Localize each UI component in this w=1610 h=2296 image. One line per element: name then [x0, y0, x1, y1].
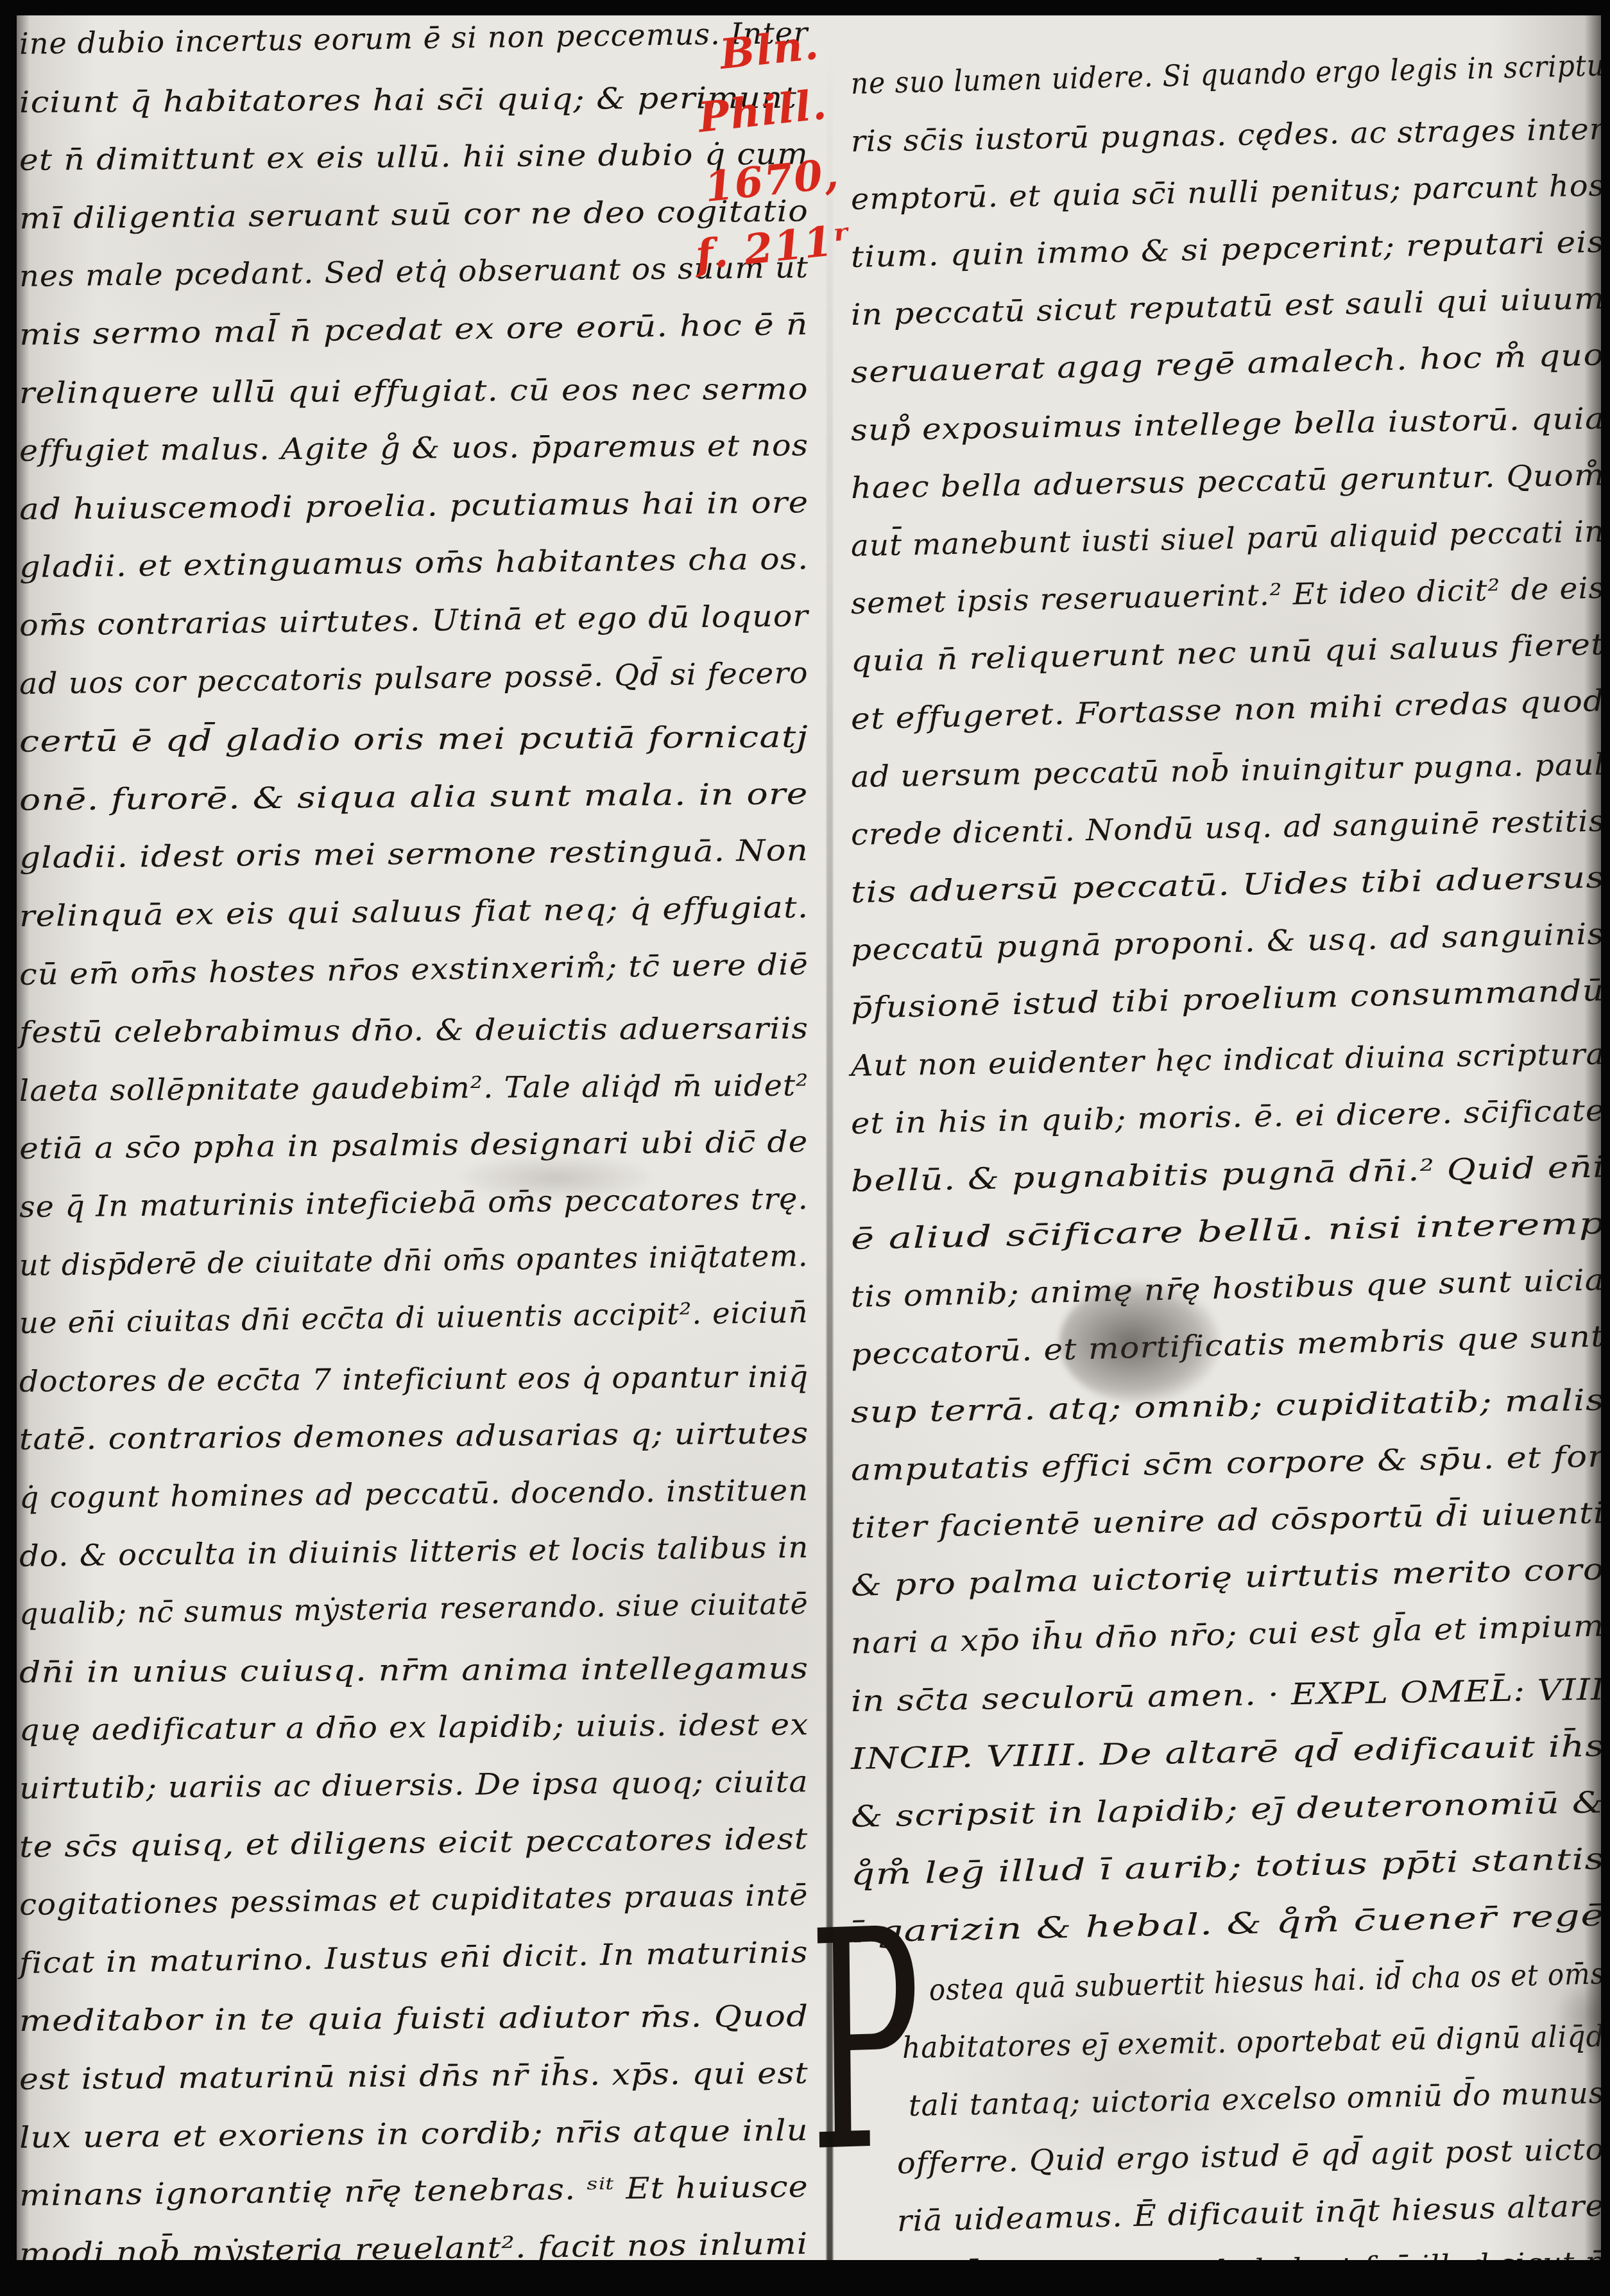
text-line: gladii. idest oris mei sermone restinguā… [19, 833, 809, 877]
text-line: mī diligentia seruant suū cor ne deo cog… [19, 193, 809, 237]
text-line: etiā a sc̄o ppha in psalmis designari ub… [19, 1124, 809, 1168]
text-line: aut̄ manebunt iusti siuel parū aliquid p… [850, 513, 1601, 564]
text-line: do. & occulta in diuinis litteris et loc… [19, 1529, 809, 1575]
text-line: ad uos cor peccatoris pulsare possē. Qd̄… [19, 654, 809, 702]
text-line: festū celebrabimus dn̄o. & deuictis adue… [19, 1010, 809, 1051]
text-line: amputatis effici sc̄m corpore & sp̄u. et… [850, 1438, 1601, 1489]
page-edge-shadow [17, 15, 30, 2260]
text-line: ē aliud sc̄ificare bellū. nisi interemp [850, 1205, 1601, 1257]
manuscript-page: ine dubio incertus eorum ē si non peccem… [17, 15, 1601, 2260]
text-line: ine dubio incertus eorum ē si non peccem… [19, 15, 809, 62]
text-line: ad uersum peccatū nob̄ inuingitur pugna.… [851, 747, 1601, 796]
text-line: sup terrā. atq; omnib; cupiditatib; mali… [851, 1382, 1601, 1431]
text-line: & pro palma uictorię uirtutis merito cor… [850, 1551, 1601, 1604]
text-line: quia n̄ reliquerunt nec unū qui saluus f… [850, 626, 1601, 680]
shelfmark-line: 1670, [703, 153, 841, 209]
text-line: habitatores ej̄ exemit. oportebat eū dig… [902, 2018, 1601, 2067]
text-line: INCIP. VIIII. De altarē qd̄ edificauit i… [850, 1727, 1601, 1777]
text-line: dn̄i in unius cuiusq. nr̄m anima intelle… [19, 1650, 809, 1691]
text-line: peccatorū. et mortificatis membris que s… [850, 1318, 1601, 1373]
text-line: cū em̄ om̄s hostes nr̄os exstinxerim̊; t… [19, 945, 809, 993]
text-line: bellū. & pugnabitis pugnā dn̄i.² Quid en… [850, 1148, 1601, 1200]
manuscript-scan: { "colors": { "ink": "#1a1410", "parchme… [0, 0, 1610, 2296]
ink-smudge [459, 1155, 652, 1200]
text-line: minans ignorantię nr̄ę tenebras. ˢⁱᵗ Et … [19, 2168, 809, 2214]
text-line: dn̄o d̄o isr̄t in monte hebal. et fec̄ i… [889, 2244, 1601, 2260]
text-line: & scripsit in lapidib; ej̄ deuteronomiū … [850, 1784, 1601, 1835]
text-line: onē. furorē. & siqua alia sunt mala. in … [19, 775, 809, 818]
text-line: ficat in maturino. Iustus en̄i dicit. In… [19, 1934, 809, 1982]
text-line: tium. quin immo & si pepcerint; reputari… [850, 223, 1601, 275]
text-line: nes male pcedant. Sed etq̇ obseruant os … [19, 249, 809, 295]
text-line: laeta sollēpnitate gaudebim². Tale aliq̇… [19, 1067, 809, 1109]
text-line: offerre. Quid ergo istud ē qd̄ agit post… [896, 2131, 1601, 2182]
shelfmark-line: Phill. [696, 85, 829, 139]
text-line: Aut non euidenter hęc indicat diuina scr… [851, 1036, 1601, 1085]
text-line: ris sc̄is iustorū pugnas. cędes. ac stra… [851, 111, 1601, 160]
text-line: quę aedificatur a dn̄o ex lapidib; uiuis… [19, 1707, 809, 1749]
text-line: sup̊ exposuimus intellege bella iustorū.… [851, 401, 1601, 449]
text-line: nari a xp̄o ih̄u dn̄o nr̄o; cui est gl̄a… [850, 1607, 1601, 1662]
page-fold-crease [826, 41, 833, 2260]
text-line: ue en̄i ciuitas dn̄i ecc̄ta di uiuentis … [19, 1294, 809, 1342]
text-line: gladii. et extinguamus om̄s habitantes c… [19, 541, 809, 586]
text-line: cogitationes pessimas et cupiditates pra… [19, 1877, 809, 1924]
text-line: mis sermo mal̄ n̄ pcedat ex ore eorū. ho… [19, 306, 809, 354]
text-line: relinquā ex eis qui saluus fiat neq; q̇ … [19, 889, 809, 935]
text-line: modi nob̄ mẏsteria reuelant². facit nos … [19, 2225, 809, 2260]
text-line: meditabor in te quia fuisti adiutor m̄s.… [19, 1998, 809, 2040]
text-line: certū ē qd̄ gladio oris mei pcutiā forni… [19, 719, 809, 761]
text-line: se q̄ In maturinis inteficiebā om̄s pecc… [19, 1180, 809, 1225]
text-line: crede dicenti. Nondū usq. ad sanguinē re… [850, 802, 1601, 853]
text-line: riā uideamus. Ē dificauit inq̄t hiesus a… [896, 2188, 1601, 2240]
ink-smudge [1059, 1281, 1220, 1403]
page-edge-shadow [1584, 15, 1601, 2260]
text-line: et effugeret. Fortasse non mihi credas q… [850, 682, 1601, 738]
text-line: in sc̄ta seculorū amen. · EXPL OMEL̄: VI… [851, 1671, 1601, 1720]
shelfmark-line: Bln. [718, 24, 821, 76]
text-line: lux uera et exoriens in cordib; nr̄is at… [19, 2112, 809, 2156]
text-line: tatē. contrarios demones adusarias q; ui… [19, 1415, 809, 1458]
text-line: semet ipsis reseruauerint.² Et ideo dici… [850, 569, 1601, 622]
text-line: emptorū. et quia sc̄i nulli penitus; par… [850, 167, 1601, 218]
text-line: peccatū pugnā proponi. & usq. ad sanguin… [850, 915, 1601, 969]
text-line: ī garizin & hebal. & q̊m̊ c̄uener̄ regē [850, 1897, 1601, 1951]
initial-letter-P: P [808, 1889, 922, 2194]
text-line: ad huiuscemodi proelia. pcutiamus hai in… [19, 484, 809, 528]
text-line: effugiet malus. Agite g̊ & uos. p̄paremu… [19, 427, 809, 470]
text-line: titer facientē uenire ad cōsportū d̄i ui… [850, 1494, 1601, 1546]
text-line: doctores de ecc̄ta 7 inteficiunt eos q̇ … [19, 1358, 809, 1400]
text-line: q̇ cogunt homines ad peccatū. docendo. i… [19, 1472, 809, 1516]
text-line: relinquere ullū qui effugiat. cū eos nec… [19, 370, 809, 411]
text-line: p̄fusionē istud tibi proelium consummand… [850, 972, 1601, 1026]
text-line: q̊m̊ leḡ illud ī aurib; totius pp̄ti sta… [850, 1840, 1601, 1893]
text-line: est istud maturinū nisi dn̄s nr̄ ih̄s. x… [19, 2055, 809, 2098]
text-line: seruauerat agag regē amalech. hoc m̊ quo [850, 336, 1601, 391]
text-line: in peccatū sicut reputatū est sauli qui … [850, 280, 1601, 333]
text-line: et n̄ dimittunt ex eis ullū. hii sine du… [19, 136, 809, 179]
text-line: haec bella aduersus peccatū geruntur. Qu… [850, 456, 1601, 506]
text-line: tis omnib; animę nr̄ę hostibus que sunt … [850, 1261, 1601, 1315]
text-line: te sc̄s quisq, et diligens eicit peccato… [19, 1820, 809, 1865]
text-line: tali tantaq; uictoria excelso omniū d̄o … [908, 2075, 1601, 2124]
text-line: uirtutib; uariis ac diuersis. De ipsa qu… [19, 1763, 809, 1807]
text-line: tis aduersū peccatū. Uides tibi aduersus [850, 859, 1601, 911]
text-line: ne suo lumen uidere. Si quando ergo legi… [850, 47, 1601, 102]
text-line: iciunt q̄ habitatores hai sc̄i quiq; & p… [19, 79, 809, 121]
text-line: ut disp̄derē de ciuitate dn̄i om̄s opant… [19, 1238, 809, 1284]
text-line: om̄s contrarias uirtutes. Utinā et ego d… [19, 598, 809, 644]
text-line: ostea quā subuertit hiesus hai. id̄ cha … [929, 1955, 1601, 2008]
text-line: et in his in quib; moris. ē. ei dicere. … [850, 1092, 1601, 1142]
text-line: qualib; nc̄ sumus mẏsteria reserando. si… [19, 1585, 809, 1633]
